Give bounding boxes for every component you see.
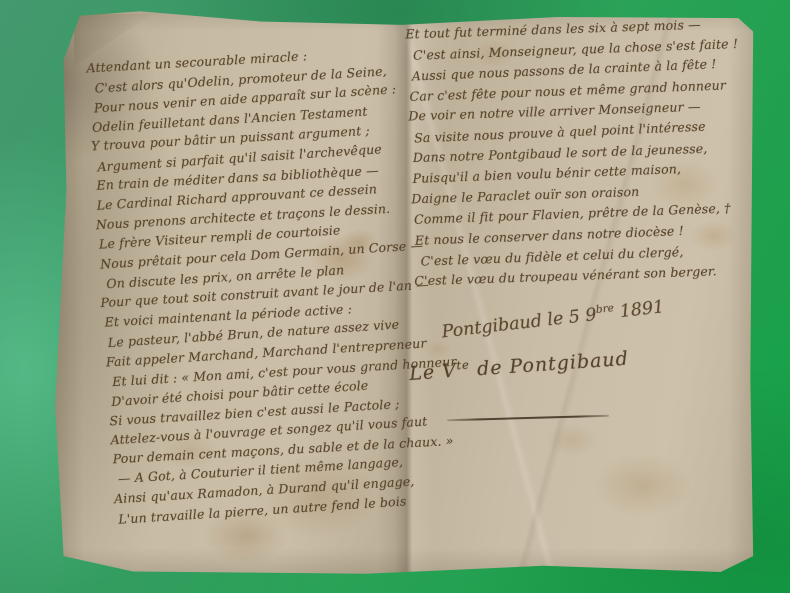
dateline: Pontgibaud le 5 9bre 1891 <box>440 296 665 342</box>
signature-title: Le V <box>408 360 457 385</box>
manuscript-paper: Attendant un secourable miracle :C'est a… <box>48 9 756 576</box>
left-page: Attendant un secourable miracle :C'est a… <box>48 9 395 576</box>
signature: Le Vte de Pontgibaud <box>408 346 629 385</box>
signature-rule <box>447 415 609 422</box>
dateline-month-abbrev: bre <box>595 302 614 316</box>
signature-name: de Pontgibaud <box>469 348 629 381</box>
right-page-text: Et tout fut terminé dans les six à sept … <box>407 13 742 292</box>
dateline-place-day: Pontgibaud le 5 9 <box>441 305 598 343</box>
right-page: Et tout fut terminé dans les six à sept … <box>395 9 756 576</box>
signature-title-superscript: te <box>456 357 470 372</box>
dateline-year: 1891 <box>613 297 665 323</box>
